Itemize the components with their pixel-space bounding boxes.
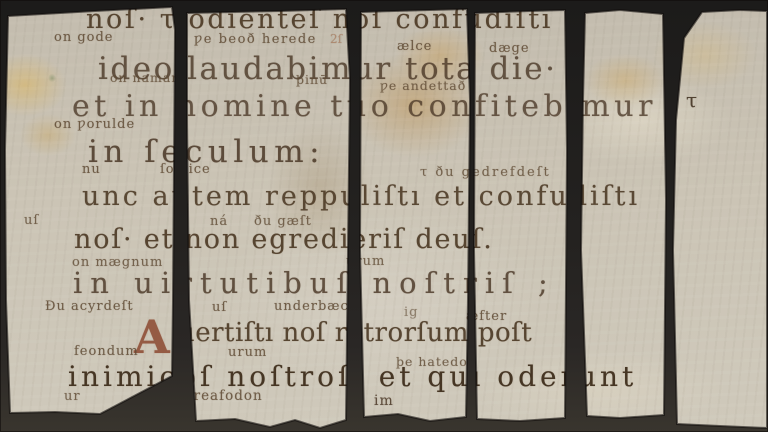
gloss-hy-reafodon: hy reafodon bbox=[170, 390, 263, 404]
gloss-daege: dæge bbox=[489, 42, 530, 55]
latin-line-7: in uirtutibuſ noſtriſ ; bbox=[73, 269, 556, 298]
gloss-on-gode: on gode bbox=[54, 31, 114, 44]
gloss-du-gedrefdest: τ ðu gedrefdeſt bbox=[420, 166, 551, 179]
latin-line-6: noſ· et non egredieriſ deuſ. bbox=[74, 226, 494, 253]
gloss-ur: ur bbox=[64, 390, 81, 403]
latin-line-3: et in nomine tuo confitebimur bbox=[72, 92, 657, 122]
gloss-we-beod-herede: ƿe beoð herede bbox=[194, 33, 317, 46]
rubric-initial-A: A bbox=[134, 314, 170, 360]
gloss-nu: nu bbox=[82, 163, 101, 176]
gloss-aelce: ælce bbox=[397, 40, 432, 53]
latin-line-9: inimicoſ noſtroſ: et quı oderunt bbox=[68, 363, 637, 391]
gloss-on-worulde: on ƿorulde bbox=[54, 118, 135, 131]
gloss-sodlice: ſoðlice bbox=[160, 163, 211, 176]
latin-frag-hook: τ bbox=[686, 90, 697, 110]
gloss-underbaec: underbæc bbox=[274, 300, 349, 313]
gloss-du-acyrdest: Ðu acyrdeſt bbox=[45, 300, 134, 313]
latin-line-5: unc autem reppuliſtı et confudiſtı bbox=[82, 183, 640, 210]
manuscript-text-layer: noſ· τ odienteſ noſ confudiſtı ;on godeƿ… bbox=[0, 0, 768, 432]
gloss-im: im bbox=[374, 394, 394, 408]
gloss-on-naman: on naman bbox=[110, 72, 180, 85]
gloss-feondum: feondum bbox=[74, 345, 139, 358]
gloss-mark-2s: 2ſ bbox=[330, 33, 342, 45]
gloss-us-2: uſ bbox=[212, 301, 227, 314]
latin-line-1: noſ· τ odienteſ noſ confudiſtı ; bbox=[86, 6, 576, 33]
gloss-thinum: þinū bbox=[296, 74, 328, 87]
gloss-urum-2: urum bbox=[228, 346, 267, 359]
gloss-us-1: uſ bbox=[24, 214, 39, 227]
latin-line-8: uertiſtı noſ retrorſum poſt bbox=[178, 320, 532, 346]
manuscript-photo: noſ· τ odienteſ noſ confudiſtı ;on godeƿ… bbox=[0, 0, 768, 432]
